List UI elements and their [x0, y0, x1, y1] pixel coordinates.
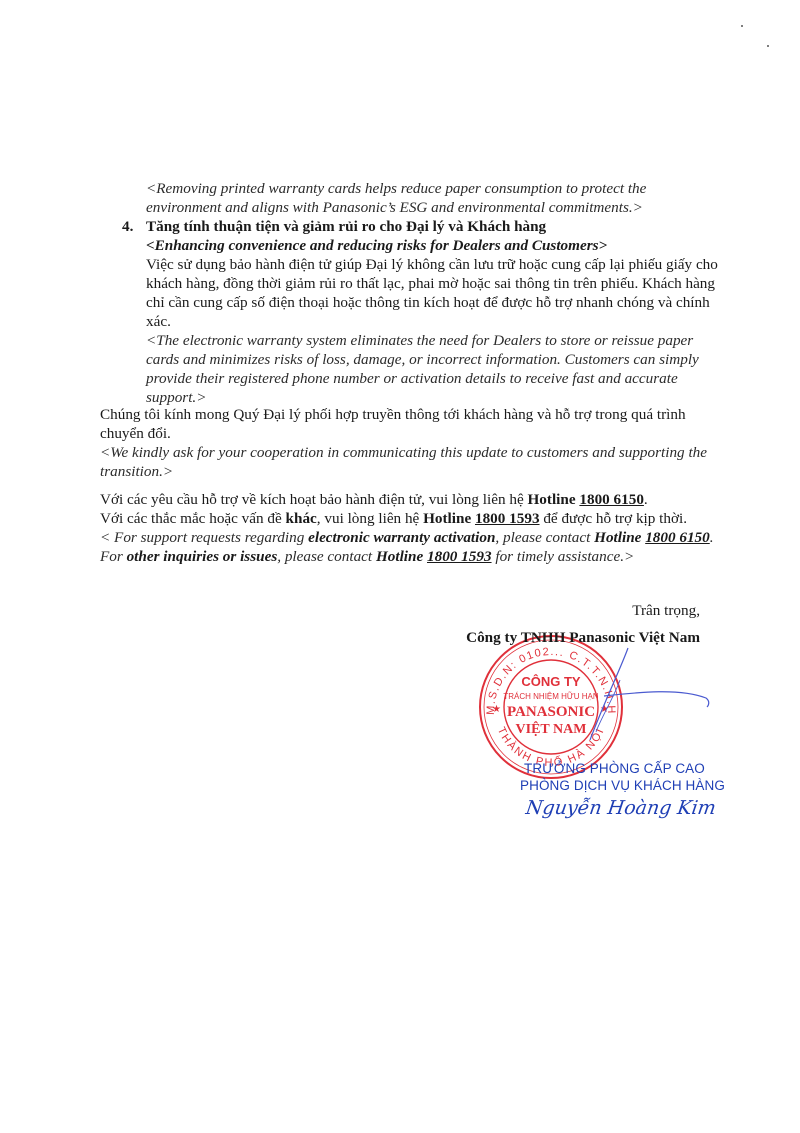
hotline-en2-mid: , please contact [277, 548, 376, 565]
hotline-en2-bold: other inquiries or issues [127, 548, 278, 565]
hotline-label: Hotline [594, 529, 641, 546]
hotline-vi2-post: để được hỗ trợ kịp thời. [540, 510, 687, 527]
item4-body-en-line: <The electronic warranty system eliminat… [146, 331, 693, 350]
item4-body-en-line: cards and minimizes risks of loss, damag… [146, 350, 699, 369]
hotline-vi1-post: . [644, 491, 648, 508]
cooperation-en-line: transition.> [100, 462, 173, 481]
hotline-label: Hotline [376, 548, 423, 565]
hotline-en1-post: . [710, 529, 714, 546]
para3-en-line: <Removing printed warranty cards helps r… [146, 179, 646, 198]
hotline-vi1-text: Với các yêu cầu hỗ trợ về kích hoạt bảo … [100, 491, 527, 508]
hotline-label: Hotline [527, 491, 575, 508]
item4-body-vi-line: khách hàng, đồng thời giảm rủi ro thất l… [146, 274, 715, 293]
scan-speck [767, 45, 769, 47]
handwritten-signature [560, 640, 720, 750]
cooperation-vi-line: chuyển đổi. [100, 424, 171, 443]
stamp-star-icon: ★ [492, 704, 501, 715]
scan-speck [741, 25, 743, 27]
hotline-vi-line-1: Với các yêu cầu hỗ trợ về kích hoạt bảo … [100, 490, 648, 509]
cooperation-en-line: <We kindly ask for your cooperation in c… [100, 443, 707, 462]
hotline-number-activation-en[interactable]: 1800 6150 [645, 529, 710, 546]
signer-title-1: TRƯỞNG PHÒNG CẤP CAO [524, 761, 705, 776]
hotline-number-other[interactable]: 1800 1593 [475, 510, 540, 527]
hotline-number-activation[interactable]: 1800 6150 [579, 491, 644, 508]
hotline-vi2-text: Với các thắc mắc hoặc vấn đề [100, 510, 286, 527]
item4-body-vi-line: Việc sử dụng bảo hành điện tử giúp Đại l… [146, 255, 718, 274]
item4-title-en: <Enhancing convenience and reducing risk… [146, 236, 607, 255]
hotline-number-other-en[interactable]: 1800 1593 [427, 548, 492, 565]
hotline-en2-post: for timely assistance.> [492, 548, 635, 565]
item4-title-vi: Tăng tính thuận tiện và giảm rủi ro cho … [146, 217, 546, 236]
closing-regards: Trân trọng, [632, 601, 700, 620]
hotline-en1-bold: electronic warranty activation [308, 529, 495, 546]
signer-title-2: PHÒNG DỊCH VỤ KHÁCH HÀNG [520, 778, 725, 793]
hotline-en2-text: For [100, 548, 127, 565]
item4-body-vi-line: xác. [146, 312, 171, 331]
item4-number: 4. [122, 217, 133, 236]
hotline-vi-line-2: Với các thắc mắc hoặc vấn đề khác, vui l… [100, 509, 687, 528]
hotline-en1-mid: , please contact [495, 529, 594, 546]
hotline-label: Hotline [423, 510, 471, 527]
para3-en-line: environment and aligns with Panasonic’s … [146, 198, 643, 217]
signer-name: Nguyễn Hoàng Kim [524, 797, 717, 819]
item4-body-vi-line: chỉ cần cung cấp số điện thoại hoặc thôn… [146, 293, 710, 312]
hotline-en-line-2: For other inquiries or issues, please co… [100, 547, 634, 566]
hotline-vi2-bold: khác [286, 510, 317, 527]
closing-company: Công ty TNHH Panasonic Việt Nam [466, 628, 700, 647]
hotline-vi2-mid: , vui lòng liên hệ [317, 510, 423, 527]
item4-body-en-line: provide their registered phone number or… [146, 369, 678, 388]
hotline-en-line-1: < For support requests regarding electro… [100, 528, 714, 547]
hotline-en1-text: < For support requests regarding [100, 529, 308, 546]
cooperation-vi-line: Chúng tôi kính mong Quý Đại lý phối hợp … [100, 405, 686, 424]
